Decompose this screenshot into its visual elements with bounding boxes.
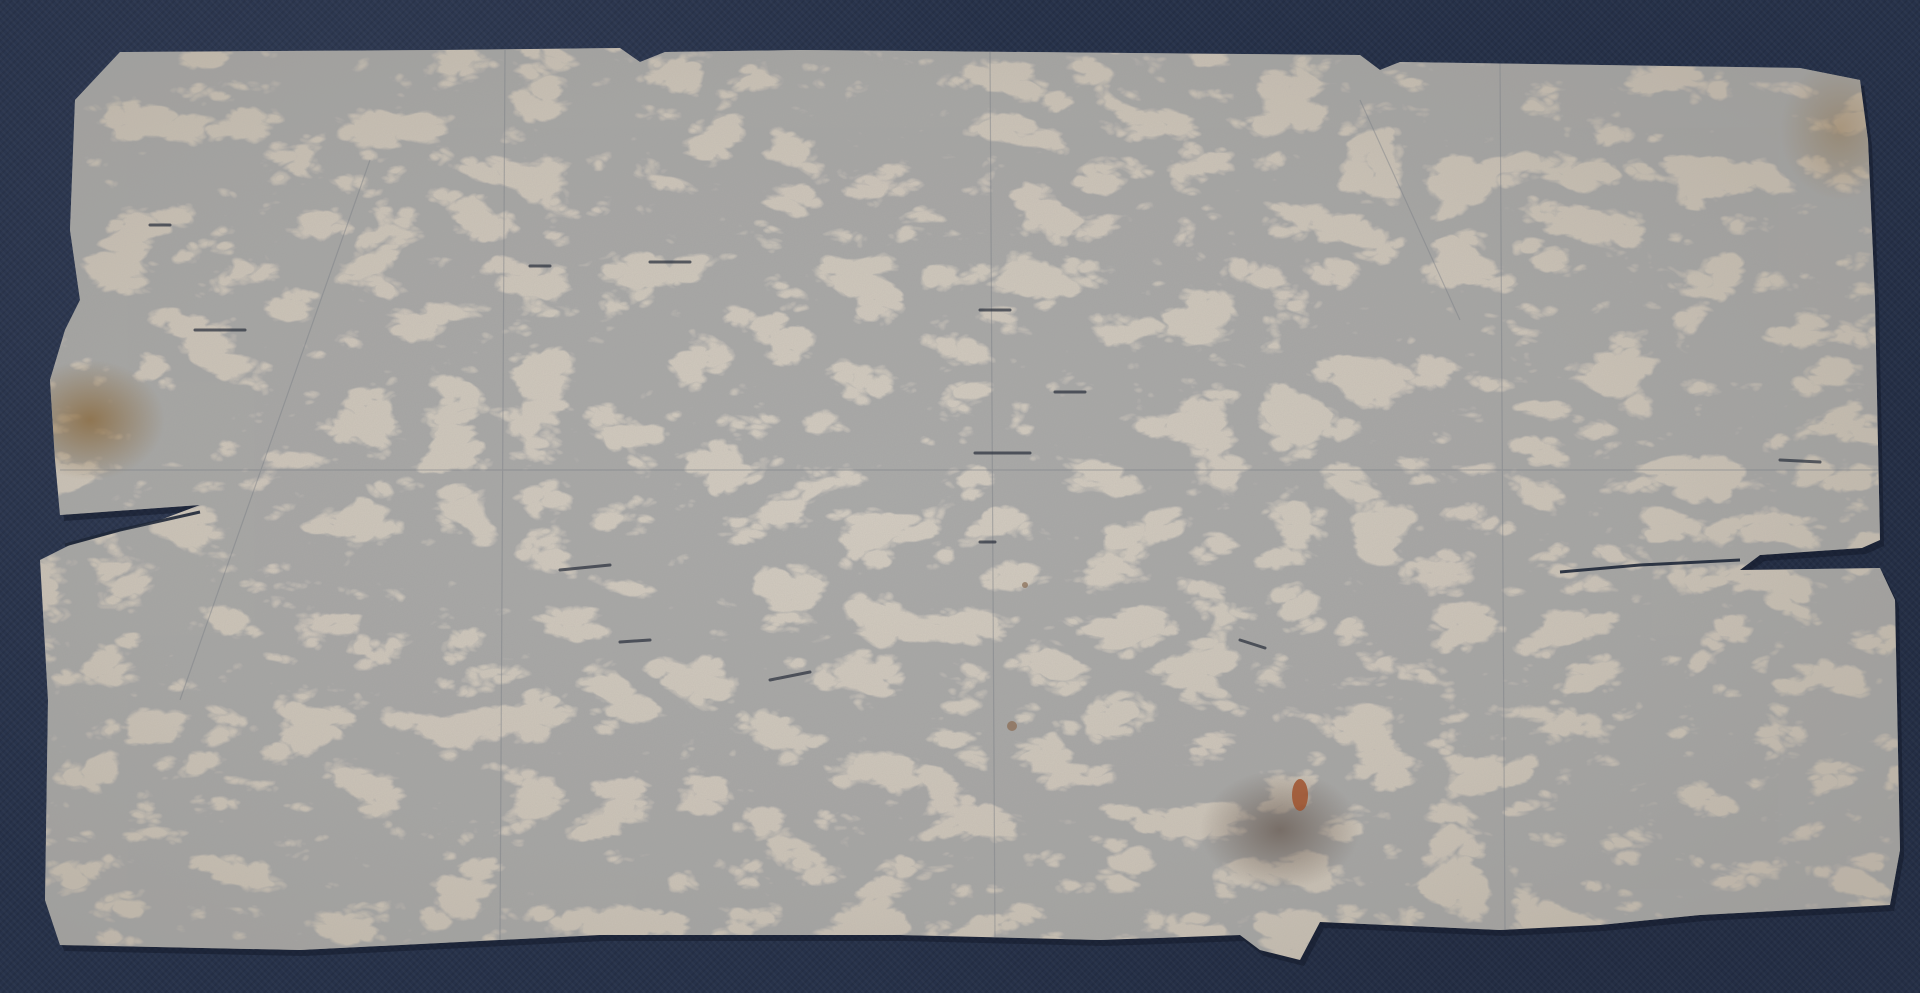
left-edge-stain bbox=[15, 360, 165, 480]
aged-paper bbox=[0, 0, 1920, 993]
photo-scene bbox=[0, 0, 1920, 993]
right-edge-stain bbox=[1780, 60, 1900, 200]
lower-smudge bbox=[1200, 770, 1360, 890]
rust-spot bbox=[1292, 779, 1308, 811]
